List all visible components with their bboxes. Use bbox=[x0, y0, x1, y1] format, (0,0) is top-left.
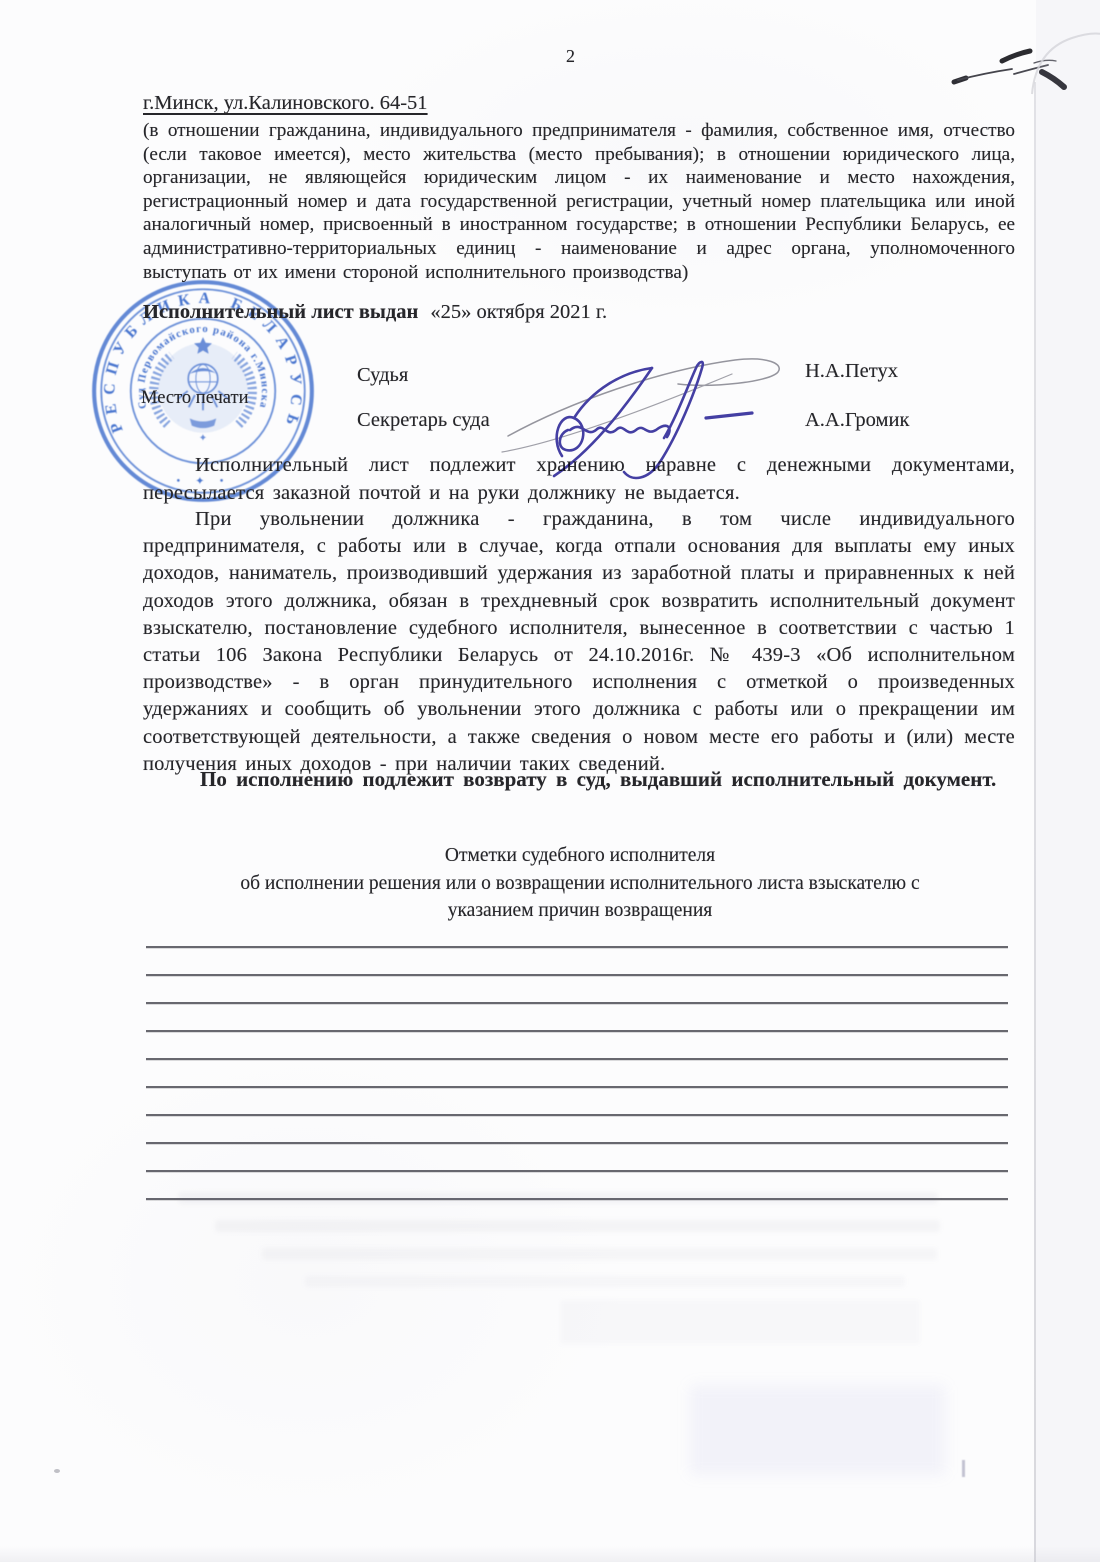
bleed-through-artifact bbox=[962, 1460, 965, 1477]
signature-icon bbox=[500, 324, 820, 482]
ruled-line bbox=[146, 1088, 1008, 1116]
address-heading: г.Минск, ул.Калиновского. 64-51 bbox=[143, 92, 428, 115]
ruled-line bbox=[146, 976, 1008, 1004]
bleed-through-artifact bbox=[305, 1276, 905, 1287]
bleed-through-artifact bbox=[54, 1469, 60, 1473]
secretary-name: А.А.Громик bbox=[805, 409, 909, 432]
issuance-label: Исполнительный лист выдан bbox=[143, 301, 418, 323]
issuance-line: Исполнительный лист выдан«25» октября 20… bbox=[143, 301, 607, 324]
page-edge-shadow bbox=[1036, 0, 1100, 1562]
ruled-line bbox=[146, 948, 1008, 976]
bleed-through-artifact bbox=[690, 1385, 945, 1475]
ruled-line bbox=[146, 1032, 1008, 1060]
place-of-seal-label: Место печати bbox=[141, 388, 248, 409]
ruled-line bbox=[146, 1172, 1008, 1200]
bleed-through-artifact bbox=[262, 1248, 937, 1260]
bleed-through-artifact bbox=[560, 1300, 920, 1344]
ruled-line bbox=[146, 920, 1008, 948]
ruled-lines bbox=[146, 920, 1008, 1200]
bleed-through-artifact bbox=[215, 1220, 940, 1232]
marks-title-line: об исполнении решения или о возвращении … bbox=[110, 870, 1050, 898]
ruled-line bbox=[146, 1116, 1008, 1144]
dismissal-paragraph: При увольнении должника - гражданина, в … bbox=[143, 506, 1015, 778]
svg-text:✦: ✦ bbox=[199, 433, 208, 444]
issuance-date: «25» октября 2021 г. bbox=[430, 301, 607, 323]
party-annotation: (в отношении гражданина, индивидуального… bbox=[143, 119, 1015, 284]
marks-title-line: Отметки судебного исполнителя bbox=[110, 842, 1050, 870]
marks-section-title: Отметки судебного исполнителя об исполне… bbox=[110, 842, 1050, 925]
ruled-line bbox=[146, 1004, 1008, 1032]
page-number: 2 bbox=[566, 46, 575, 67]
page-edge-shadow bbox=[1034, 82, 1036, 1562]
ruled-line bbox=[146, 1144, 1008, 1172]
return-paragraph: По исполнению подлежит возврату в суд, в… bbox=[143, 763, 1019, 796]
judge-label: Судья bbox=[357, 364, 408, 387]
secretary-label: Секретарь суда bbox=[357, 409, 490, 432]
ruled-line bbox=[146, 1060, 1008, 1088]
page-edge-shadow bbox=[0, 1546, 1100, 1562]
document-page: 2 г.Минск, ул.Калиновского. 64-51 (в отн… bbox=[0, 0, 1100, 1562]
